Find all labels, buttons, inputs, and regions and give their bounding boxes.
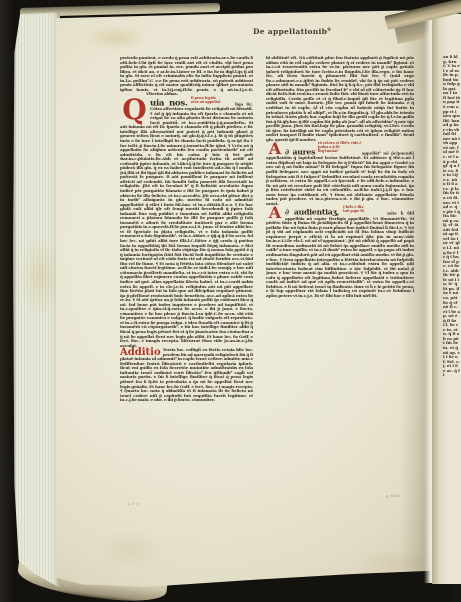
- paragraph-text: appellāt⁹ nō p̄cipuendū appellatiōin q̄ …: [266, 151, 414, 206]
- running-title-abbreviation: 9: [327, 27, 331, 33]
- book-photo: De appellationib9 periculo punient̄. e c…: [0, 0, 461, 602]
- page-stain: [96, 529, 166, 569]
- paragraph: bi obſtitutꝰ eſt. Nā cōſtituit̄ pſue ſeu…: [266, 56, 414, 142]
- rubric-sidenote: rū cetera et ſlid'e vide r̄ Judex a q̄ ſ…: [318, 142, 362, 153]
- paragraph-quia-nos: Quia nos. ſi pena legiōe eter nō appella…: [120, 97, 253, 348]
- left-column: periculo punient̄. e credo q̄ pena erit …: [120, 56, 253, 500]
- page-stain: [82, 25, 148, 51]
- rubric-initial-Q: Q: [120, 98, 149, 121]
- right-column: bi obſtitutꝰ eſt. Nā cōſtituit̄ pſue ſeu…: [266, 56, 414, 500]
- left-page: De appellationib9 periculo punient̄. e c…: [56, 9, 434, 588]
- book-fore-edge: [13, 12, 60, 588]
- paragraph-text: periculo punient̄. e credo q̄ pena erit …: [120, 56, 253, 92]
- running-title: De appellationib9: [253, 27, 331, 36]
- signature-mark: a ſ ij: [128, 501, 140, 506]
- paragraph-ad-aures: A∂ aures rū cetera et ſlid'e vide r̄ Jud…: [266, 142, 414, 206]
- paragraph-text: mīte h̄ δbl̄ appellōis nō expōe ſterlīgi…: [266, 211, 414, 298]
- paragraph-additio: AdditioTerria loc. colligit̄ ex δictis c…: [120, 348, 253, 403]
- facing-page-text: an δ klg. Kru C V in ei e ol milv in p. …: [443, 55, 460, 507]
- running-title-text: De appellationib: [253, 27, 327, 36]
- paragraph-text: liqa ſic. Cōtra aſſertiōes regulariū ſic…: [120, 102, 253, 348]
- rubric-initial-A: A: [266, 206, 284, 220]
- rubric-initial-A: A: [266, 142, 284, 156]
- rubric-sidenote: ſi pena legiōe eter nō appellat̄: [191, 97, 235, 104]
- paragraph-text: Terria loc. colligit̄ ex δictis cetaia b…: [120, 347, 253, 402]
- text-block: periculo punient̄. e credo q̄ pena erit …: [120, 56, 414, 500]
- paragraph: periculo punient̄. e credo q̄ pena erit …: [120, 56, 253, 97]
- paragraph-text: bi obſtitutꝰ eſt. Nā cōſtituit̄ pſue ſeu…: [266, 56, 414, 142]
- rubric-sidenote: Chr̄ſe e ilia t̄nū pape δī: [343, 206, 387, 213]
- facing-page-sliver: an δ klg. Kru C V in ei e ol milv in p. …: [432, 14, 461, 584]
- column-end-mark: a dica: [386, 493, 400, 498]
- paragraph-ad-audientiam: A∂ audientiaʒ, Chr̄ſe e ilia t̄nū pape δ…: [266, 206, 414, 298]
